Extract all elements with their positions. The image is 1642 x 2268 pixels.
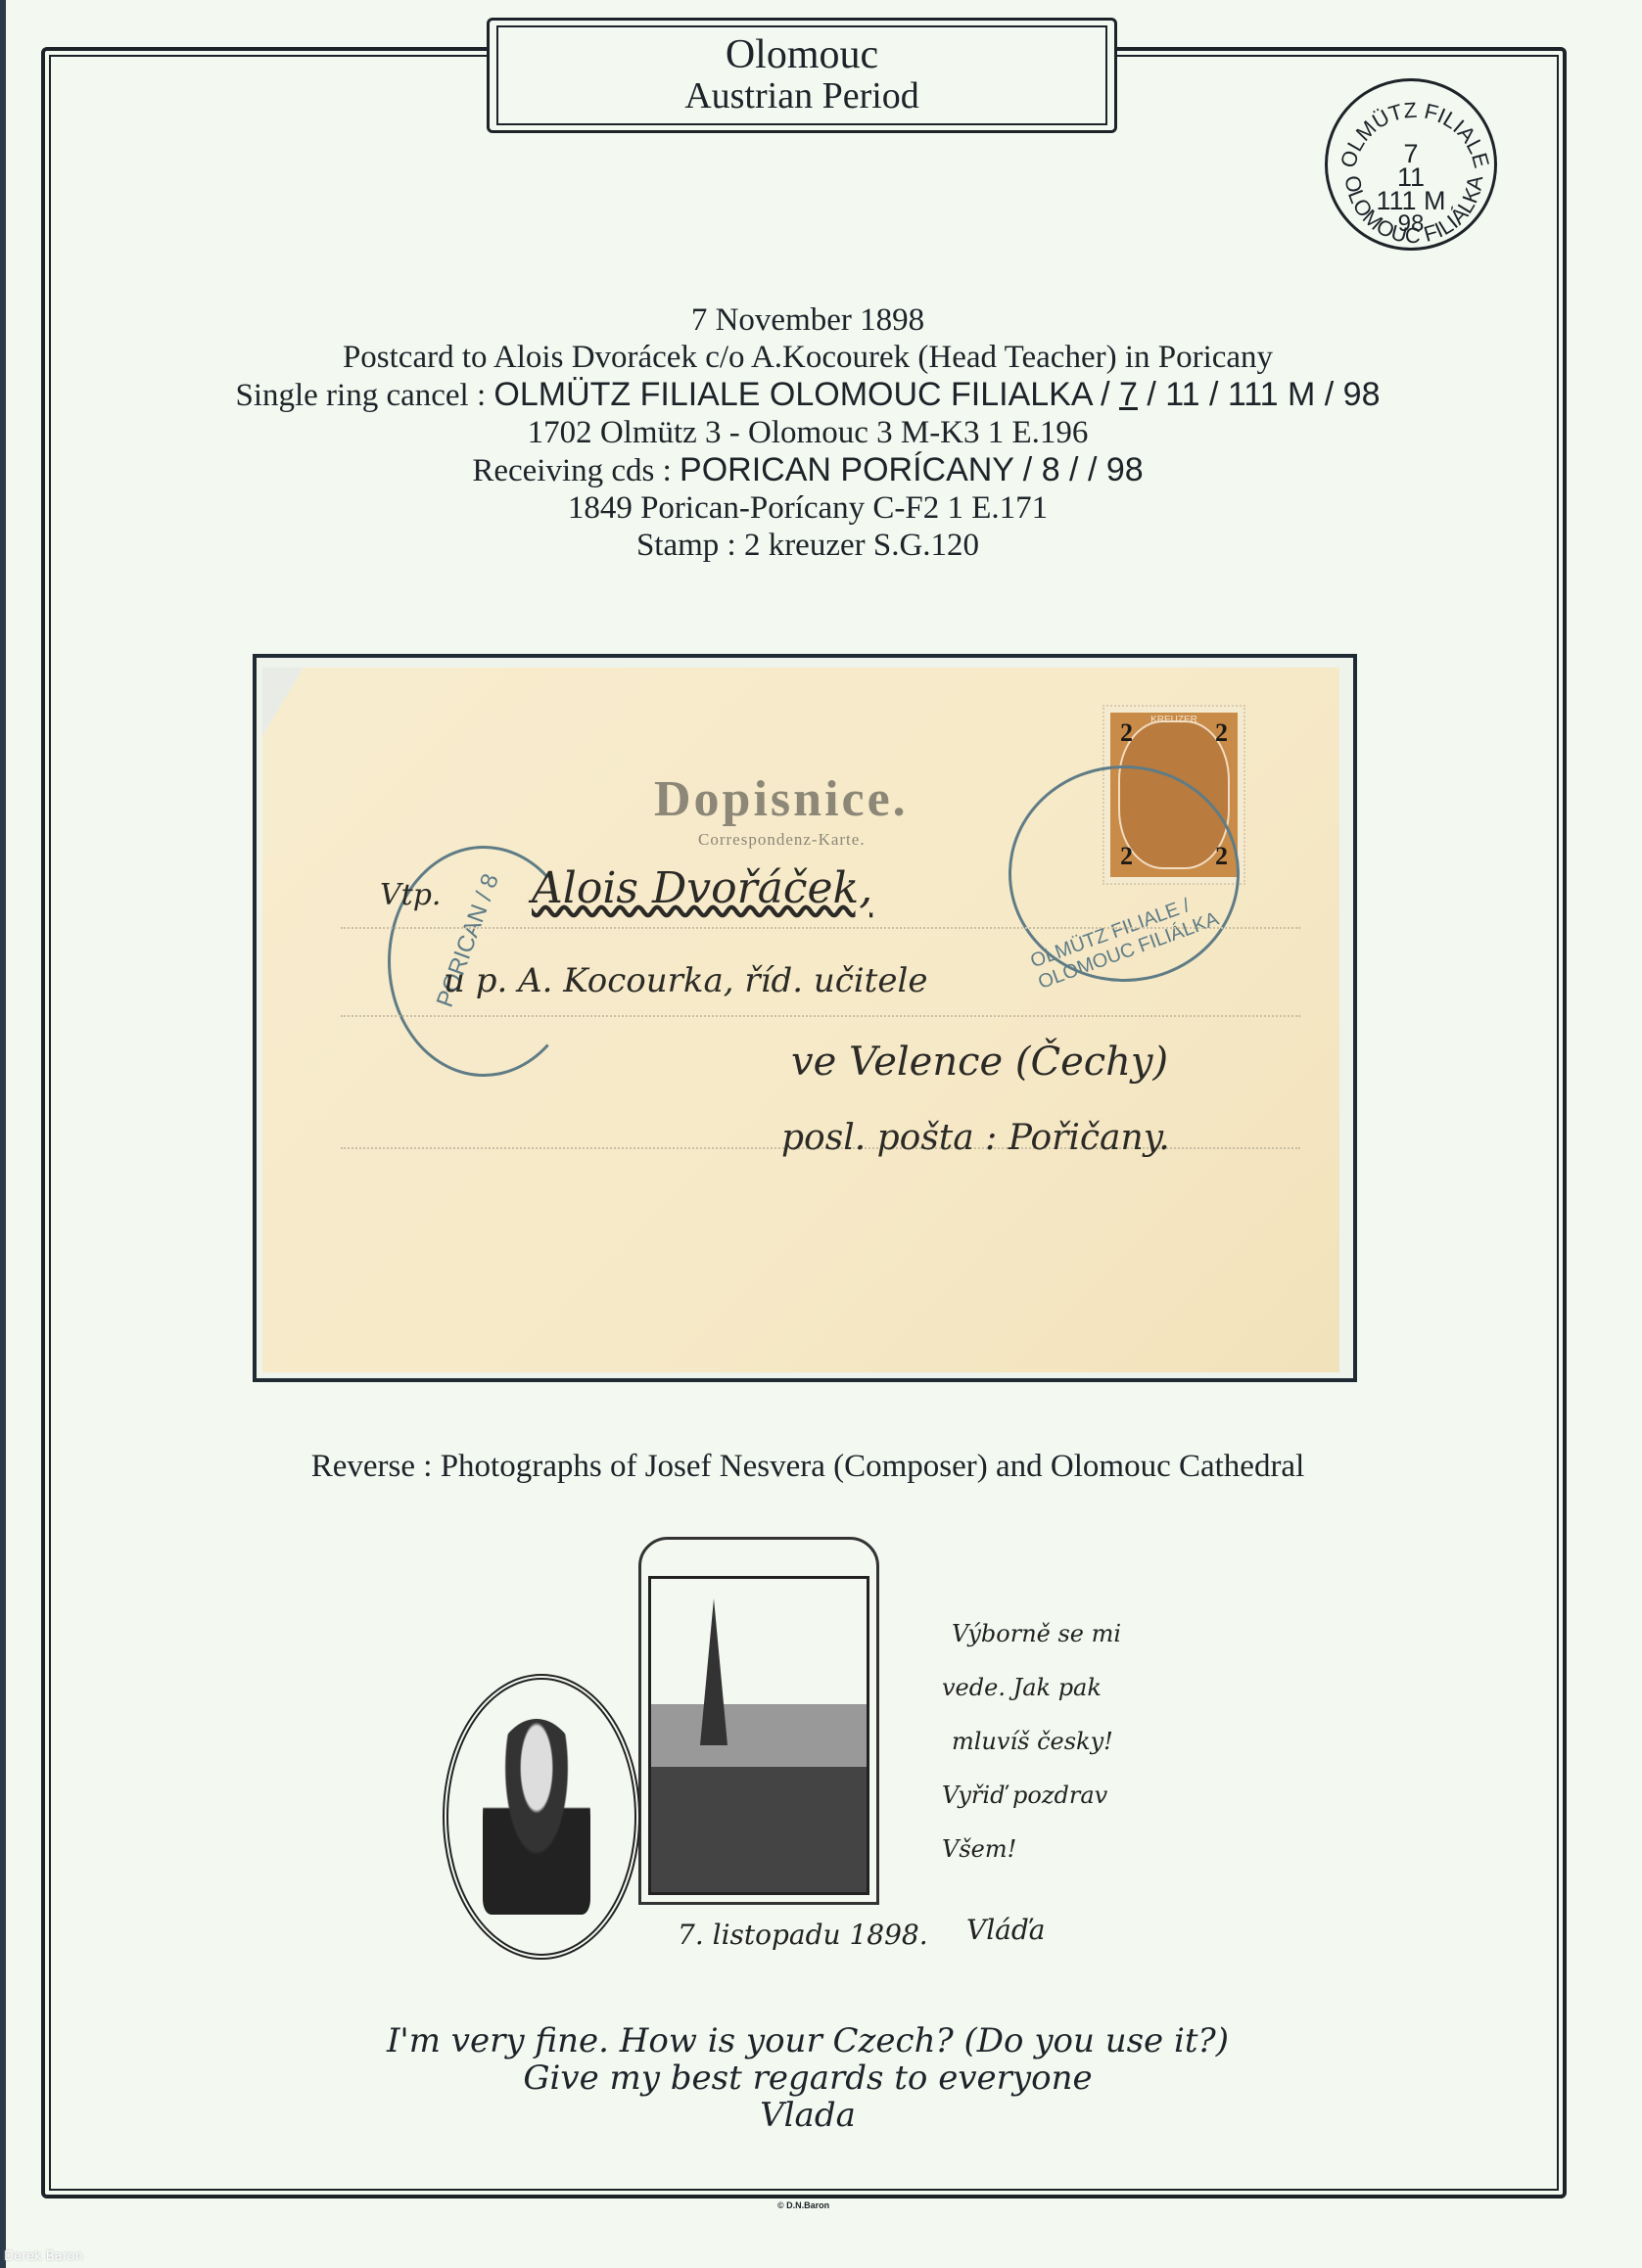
cathedral-photo (648, 1576, 869, 1895)
watermark: Derek Baron (4, 2249, 83, 2264)
salutation: Vtp. (380, 878, 441, 912)
copyright: © D.N.Baron (777, 2200, 829, 2210)
description-stamp: Stamp : 2 kreuzer S.G.120 (59, 527, 1557, 564)
description-postcard-to: Postcard to Alois Dvorácek c/o A.Kocoure… (59, 339, 1557, 376)
title-panel: Olomouc Austrian Period (496, 25, 1107, 125)
cancel-illustration: OLMÜTZ FILIALE OLOMOUC FILIÁLKA 7 11 111… (1325, 78, 1497, 251)
cancel-year: 98 (1328, 212, 1494, 236)
description-cancel-ref: 1702 Olmütz 3 - Olomouc 3 M-K3 1 E.196 (59, 414, 1557, 451)
postcard-front: Dopisnice. Correspondenz-Karte. KREUZER … (262, 668, 1339, 1372)
corner-fold (262, 668, 304, 736)
description-receiving: Receiving cds : PORICAN PORÍCANY / 8 / /… (59, 451, 1557, 489)
town: ve Velence (Čechy) (791, 1040, 1168, 1085)
page-subtitle: Austrian Period (498, 76, 1105, 116)
page-title: Olomouc (498, 33, 1105, 76)
postcard-subheading: Correspondenz-Karte. (698, 830, 866, 850)
postcard-front-mount: Dopisnice. Correspondenz-Karte. KREUZER … (253, 654, 1357, 1382)
postmark-olomouc: OLMÜTZ FILIALE / OLOMOUC FILIÁLKA (1009, 765, 1240, 982)
post-office: posl. pošta : Pořičany. (781, 1118, 1170, 1158)
description-block: 7 November 1898 Postcard to Alois Dvorác… (59, 301, 1557, 564)
reverse-date: 7. listopadu 1898. (678, 1919, 928, 1951)
postcard-reverse: Výborně se mi vede. Jak pak mluvíš česky… (423, 1498, 1206, 1987)
description-receiving-ref: 1849 Porican-Porícany C-F2 1 E.171 (59, 489, 1557, 527)
care-of: u p. A. Kocourka, říd. učitele (444, 961, 927, 1000)
postcard-heading: Dopisnice. (654, 770, 909, 828)
translation-block: I'm very fine. How is your Czech? (Do yo… (59, 2022, 1557, 2134)
addressee: Alois Dvořáček, (532, 863, 872, 913)
cancel-time: 111 M (1328, 189, 1494, 212)
scan-edge (0, 0, 6, 2268)
description-date: 7 November 1898 (59, 301, 1557, 339)
composer-portrait (483, 1719, 590, 1915)
reverse-signature: Vláďa (966, 1914, 1046, 1946)
portrait-frame (443, 1674, 640, 1960)
stamp-value: 2 (1120, 718, 1133, 748)
reverse-caption: Reverse : Photographs of Josef Nesvera (… (59, 1449, 1557, 1485)
cancel-date-block: 7 11 111 M 98 (1328, 142, 1494, 236)
description-cancel: Single ring cancel : OLMÜTZ FILIALE OLOM… (59, 376, 1557, 414)
